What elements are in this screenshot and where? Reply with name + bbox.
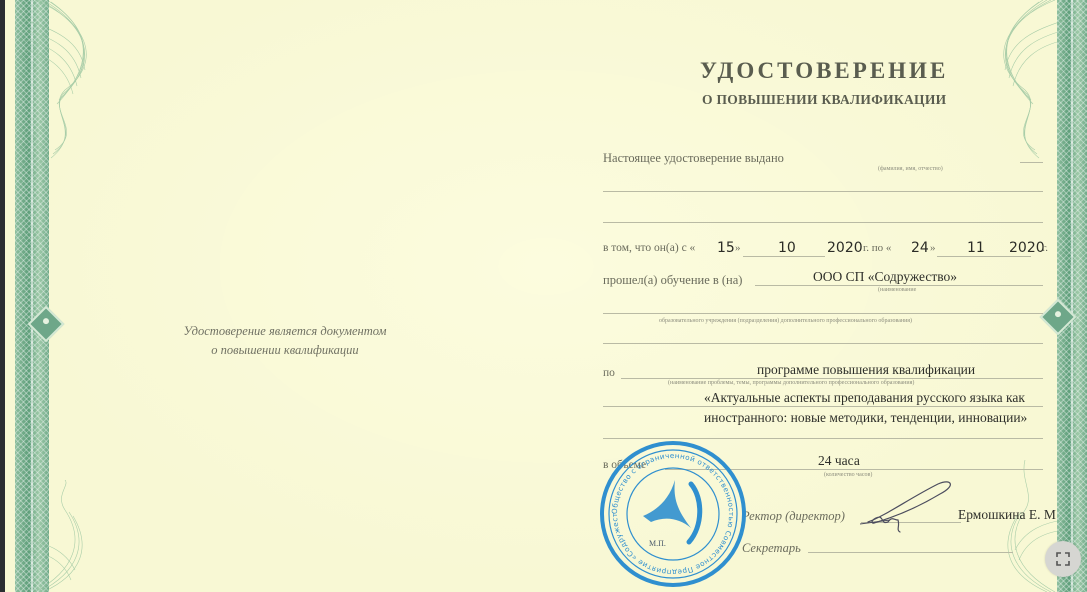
- certificate-title: УДОСТОВЕРЕНИЕ: [700, 58, 948, 84]
- fullscreen-button[interactable]: [1045, 541, 1081, 577]
- training-hint2: образовательного учреждения (подразделен…: [659, 318, 912, 324]
- secretary-label: Секретарь: [742, 541, 801, 556]
- end-month: 11: [967, 240, 985, 256]
- secretary-signature-line: [808, 552, 1013, 553]
- end-month-line: [937, 256, 1031, 257]
- program-line-2: [603, 406, 1043, 407]
- expand-icon: [1056, 552, 1070, 566]
- certificate-page: Удостоверение является документом о повы…: [5, 0, 1087, 592]
- certificate-subtitle: О ПОВЫШЕНИИ КВАЛИФИКАЦИИ: [702, 92, 946, 108]
- seal-label: М.П.: [649, 539, 666, 548]
- end-day: 24: [911, 240, 929, 256]
- left-note-line2: о повышении квалификации: [165, 341, 405, 360]
- program-line-0: [603, 343, 1043, 344]
- issued-label: Настоящее удостоверение выдано: [603, 151, 784, 166]
- program-type: программе повышения квалификации: [757, 362, 975, 378]
- organization-seal: Общество с ограниченной ответственностью…: [599, 440, 747, 588]
- start-month-line: [743, 256, 825, 257]
- end-year: 2020: [1009, 240, 1045, 256]
- rector-name: Ермошкина Е. М: [958, 507, 1056, 523]
- period-year-suffix2: г.: [1042, 242, 1048, 254]
- rector-label: Ректор (директор): [742, 509, 845, 524]
- program-name-line2: иностранного: новые методики, тенденции,…: [704, 410, 1027, 426]
- left-note-line1: Удостоверение является документом: [165, 322, 405, 341]
- right-border-line: [1071, 0, 1073, 592]
- program-hint: (наименование проблемы, темы, программы …: [668, 380, 914, 386]
- period-mid1: »: [735, 242, 741, 254]
- training-hint1: (наименование: [878, 287, 916, 293]
- top-right-guilloche: [985, 0, 1065, 160]
- issued-line-3: [603, 222, 1043, 223]
- training-line-2: [603, 313, 1043, 314]
- volume-value: 24 часа: [818, 453, 860, 469]
- period-mid2: »: [930, 242, 936, 254]
- program-line-3: [603, 438, 1043, 439]
- issued-line-2: [603, 191, 1043, 192]
- issued-line-end: [1020, 162, 1043, 163]
- period-year-suffix1: г. по «: [863, 242, 891, 254]
- rector-signature: [860, 476, 960, 536]
- left-page-note: Удостоверение является документом о повы…: [165, 322, 405, 360]
- program-label: по: [603, 367, 615, 379]
- training-label: прошел(а) обучение в (на): [603, 273, 742, 288]
- training-institution: ООО СП «Содружество»: [813, 269, 957, 285]
- start-month: 10: [778, 240, 796, 256]
- start-day: 15: [717, 240, 735, 256]
- training-line: [755, 285, 1043, 286]
- program-name-line1: «Актуальные аспекты преподавания русског…: [704, 390, 1025, 406]
- issued-hint: (фамилия, имя, отчество): [878, 166, 943, 172]
- period-prefix: в том, что он(а) с «: [603, 242, 695, 254]
- program-line-1: [621, 378, 1043, 379]
- start-year: 2020: [827, 240, 863, 256]
- left-border-line: [31, 0, 33, 592]
